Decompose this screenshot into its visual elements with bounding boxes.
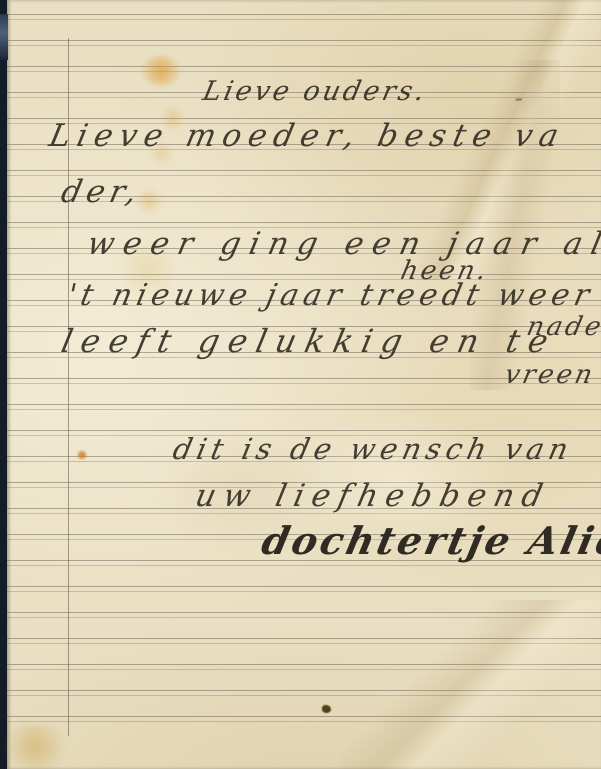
letter-photo: { "document": { "kind": "handwritten-let… [0,0,601,769]
letter-salutation: Lieve ouders. [200,76,430,107]
letter-line-greeting: Lieve moeder, beste va [46,118,569,154]
letter-closing-loving: uw liefhebbend [192,478,554,514]
letter-line-greeting-wrap: der, [58,174,145,210]
letter-line-wish-happy-wrap: vreen [502,360,598,390]
letter-line-new-year: 't nieuwe jaar treedt weer [64,278,597,313]
letter-line-wish-happy: leeft gelukkig en te [58,322,561,360]
letter-closing-wish: dit is de wensch van [170,432,576,466]
letter-signature: dochtertje Alie [258,518,601,563]
letter-line-year-passed: weer ging een jaar al [84,226,601,262]
